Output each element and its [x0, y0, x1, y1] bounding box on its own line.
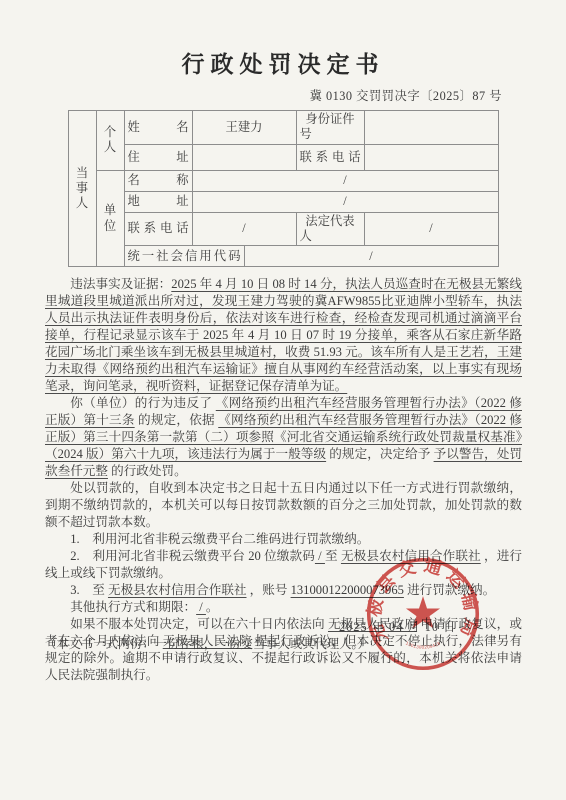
other-execution-fill: / [196, 600, 206, 614]
facts-filled-text: 2025 年 4 月 10 日 08 时 14 分，执法人员巡查时在无极县无繁线… [45, 277, 522, 393]
org-address-label-cell: 地址 [124, 191, 192, 212]
table-row: 地址 / [68, 191, 498, 212]
penalty-decision-document: 行政处罚决定书 冀 0130 交罚罚决字〔2025〕87 号 当事人 个人 姓名… [0, 0, 566, 800]
footer-note: （本文书一式两份：一份存根，一份交当事人或其代理人。） [44, 634, 370, 652]
name-label-cell: 姓名 [124, 111, 192, 145]
payment-text: 至 [325, 549, 341, 563]
table-row: 单位 名称 / [68, 170, 498, 191]
facts-paragraph: 违法事实及证据：2025 年 4 月 10 日 08 时 14 分，执法人员巡查… [45, 276, 522, 395]
payment-code-fill: / [315, 549, 325, 563]
other-execution-label: 其他执行方式和期限： [70, 600, 196, 614]
id-value-cell [364, 111, 498, 145]
violation-text: 的规定，决定给予 [326, 447, 433, 461]
payment-text: 进行罚款缴纳。 [404, 583, 495, 597]
page-title: 行政处罚决定书 [0, 0, 566, 79]
phone-value-cell [364, 144, 498, 170]
payment-method-3: 3. 至 无极县农村信用合作联社 ，账号 131000122000073965 … [45, 582, 522, 599]
legal-rep-value-cell: / [364, 212, 498, 246]
credit-code-value-cell: / [244, 246, 498, 267]
doc-number: 冀 0130 交罚罚决字〔2025〕87 号 [0, 86, 566, 104]
bank-name-fill: 无极县农村信用合作联社 [341, 549, 481, 563]
org-phone-label-cell: 联系电话 [124, 212, 192, 246]
payment-text: ，账号 [247, 583, 291, 597]
bank-name-fill: 无极县农村信用合作联社 [108, 583, 247, 597]
bank-account-number: 131000122000073965 [291, 583, 404, 597]
table-row: 联系电话 / 法定代表人 / [68, 212, 498, 246]
individual-header-cell: 个人 [96, 111, 124, 171]
payment-text: 3. 至 [70, 583, 108, 597]
legal-rep-label-cell: 法定代表人 [296, 212, 364, 246]
party-header-cell: 当事人 [68, 111, 96, 267]
payment-method-1: 1. 利用河北省非税云缴费平台二维码进行罚款缴纳。 [45, 531, 522, 548]
address-value-cell [192, 144, 296, 170]
org-name-label-cell: 名称 [124, 170, 192, 191]
appeal-text: 如果不服本处罚决定，可以在六十日内依法向 [70, 617, 328, 631]
org-name-value-cell: / [192, 170, 498, 191]
id-label-cell: 身份证件号 [296, 111, 364, 145]
violation-text: 的规定，依据 [135, 413, 219, 427]
facts-label: 违法事实及证据： [70, 277, 171, 291]
other-execution-paragraph: 其他执行方式和期限： / 。 [45, 599, 522, 616]
credit-code-label-cell: 统一社会信用代码 [124, 246, 244, 267]
org-address-value-cell: / [192, 191, 498, 212]
other-execution-end: 。 [206, 600, 219, 614]
violation-text: 你（单位）的行为违反了 [70, 396, 216, 410]
table-row: 住址 联系电话 [68, 144, 498, 170]
payment-intro-paragraph: 处以罚款的，自收到本决定书之日起十五日内通过以下任一方式进行罚款缴纳，到期不缴纳… [45, 480, 522, 531]
org-phone-value-cell: / [192, 212, 296, 246]
phone-label-cell: 联系电话 [296, 144, 364, 170]
table-row: 统一社会信用代码 / [68, 246, 498, 267]
name-value-cell: 王建力 [192, 111, 296, 145]
payment-method-2: 2. 利用河北省非税云缴费平台 20 位缴款码 / 至 无极县农村信用合作联社 … [45, 548, 522, 582]
decision-date: 2025 年 04 月 10 日 [339, 617, 456, 635]
address-label-cell: 住址 [124, 144, 192, 170]
payment-text: 2. 利用河北省非税云缴费平台 20 位缴款码 [70, 549, 315, 563]
table-row: 当事人 个人 姓名 王建力 身份证件号 [68, 111, 498, 145]
violation-paragraph: 你（单位）的行为违反了 《网络预约出租汽车经营服务管理暂行办法》（2022 修正… [45, 395, 522, 480]
organization-header-cell: 单位 [96, 170, 124, 267]
violation-text: 的行政处罚。 [108, 464, 187, 478]
party-info-table: 当事人 个人 姓名 王建力 身份证件号 住址 联系电话 单位 名称 / 地址 / [68, 110, 499, 267]
